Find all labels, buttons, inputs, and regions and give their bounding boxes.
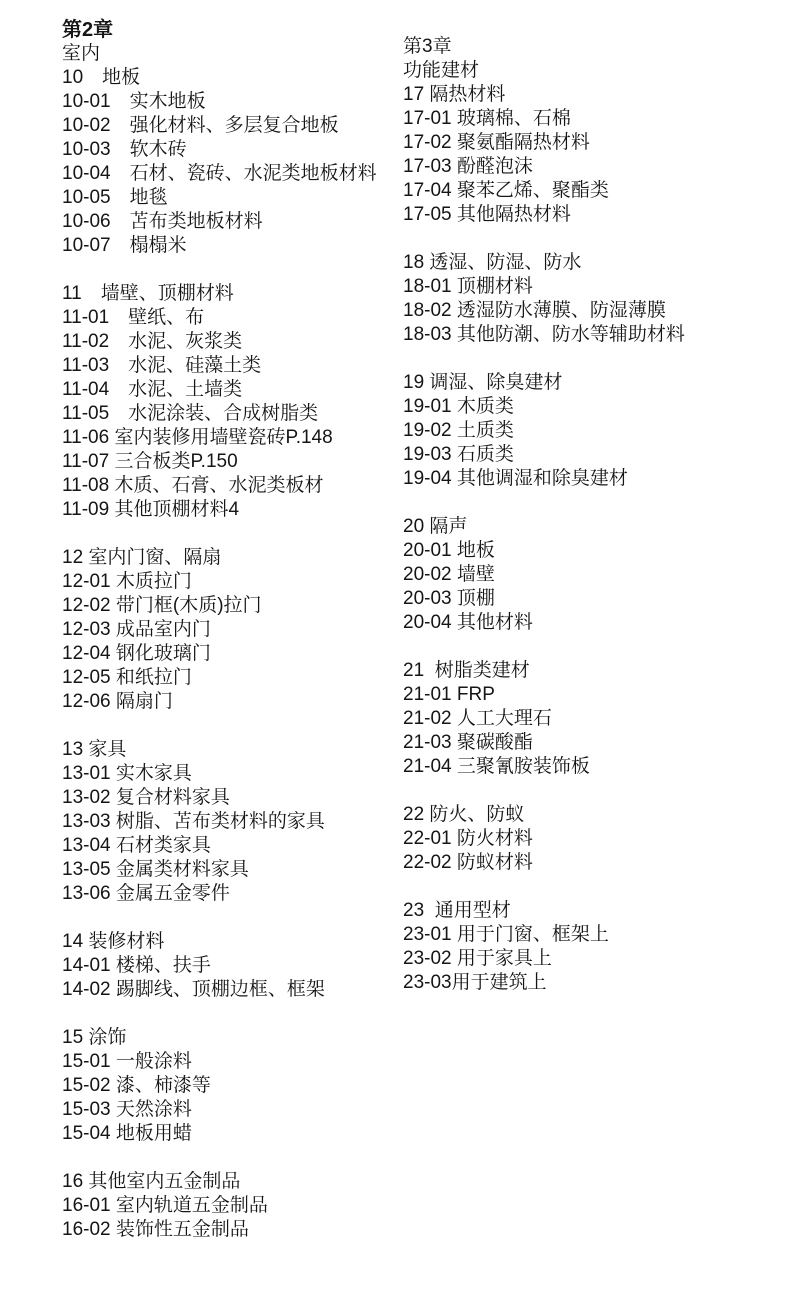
toc-entry-line: 21-03 聚碳酸酯 (403, 731, 685, 755)
toc-entry-line: 10-03 软木砖 (62, 138, 377, 162)
sections-list: 17 隔热材料17-01 玻璃棉、石棉17-02 聚氨酯隔热材料17-03 酚醛… (403, 83, 685, 995)
chapter-title: 第2章 (62, 18, 377, 42)
section-heading-line: 20 隔声 (403, 515, 685, 539)
toc-entry-line: 19-04 其他调湿和除臭建材 (403, 467, 685, 491)
toc-entry-line: 15-04 地板用蜡 (62, 1122, 377, 1146)
toc-entry-line: 12-04 钢化玻璃门 (62, 642, 377, 666)
section-heading-line: 22 防火、防蚁 (403, 803, 685, 827)
toc-entry-line: 20-02 墙壁 (403, 563, 685, 587)
section-19: 19 调湿、除臭建材19-01 木质类19-02 土质类19-03 石质类19-… (403, 371, 685, 491)
chapter-title: 第3章 (403, 35, 685, 59)
toc-entry-line: 21-01 FRP (403, 683, 685, 707)
section-heading-line: 16 其他室内五金制品 (62, 1170, 377, 1194)
section-23: 23 通用型材23-01 用于门窗、框架上23-02 用于家具上23-03用于建… (403, 899, 685, 995)
section-heading-line: 19 调湿、除臭建材 (403, 371, 685, 395)
toc-entry-line: 13-06 金属五金零件 (62, 882, 377, 906)
section-heading-line: 17 隔热材料 (403, 83, 685, 107)
toc-entry-line: 10-02 强化材料、多层复合地板 (62, 114, 377, 138)
toc-entry-line: 17-01 玻璃棉、石棉 (403, 107, 685, 131)
toc-entry-line: 11-01 壁纸、布 (62, 306, 377, 330)
toc-entry-line: 19-01 木质类 (403, 395, 685, 419)
toc-entry-line: 22-01 防火材料 (403, 827, 685, 851)
toc-entry-line: 19-02 土质类 (403, 419, 685, 443)
toc-entry-line: 11-05 水泥涂装、合成树脂类 (62, 402, 377, 426)
toc-entry-line: 16-01 室内轨道五金制品 (62, 1194, 377, 1218)
toc-entry-line: 15-01 一般涂料 (62, 1050, 377, 1074)
section-14: 14 装修材料14-01 楼梯、扶手14-02 踢脚线、顶棚边框、框架 (62, 930, 377, 1002)
toc-entry-line: 21-02 人工大理石 (403, 707, 685, 731)
toc-entry-line: 15-02 漆、柿漆等 (62, 1074, 377, 1098)
section-heading-line: 11 墙壁、顶棚材料 (62, 282, 377, 306)
section-heading-line: 23 通用型材 (403, 899, 685, 923)
toc-entry-line: 20-03 顶棚 (403, 587, 685, 611)
toc-entry-line: 10-07 榻榻米 (62, 234, 377, 258)
toc-entry-line: 12-05 和纸拉门 (62, 666, 377, 690)
toc-entry-line: 13-02 复合材料家具 (62, 786, 377, 810)
toc-entry-line: 23-02 用于家具上 (403, 947, 685, 971)
toc-entry-line: 11-08 木质、石膏、水泥类板材 (62, 474, 377, 498)
toc-entry-line: 13-01 实木家具 (62, 762, 377, 786)
chapter-subtitle: 功能建材 (403, 59, 685, 83)
toc-entry-line: 13-05 金属类材料家具 (62, 858, 377, 882)
toc-entry-line: 12-06 隔扇门 (62, 690, 377, 714)
toc-entry-line: 20-04 其他材料 (403, 611, 685, 635)
section-22: 22 防火、防蚁22-01 防火材料22-02 防蚁材料 (403, 803, 685, 875)
sections-list: 10 地板10-01 实木地板10-02 强化材料、多层复合地板10-03 软木… (62, 66, 377, 1242)
toc-entry-line: 14-02 踢脚线、顶棚边框、框架 (62, 978, 377, 1002)
toc-entry-line: 13-03 树脂、苫布类材料的家具 (62, 810, 377, 834)
toc-entry-line: 11-04 水泥、土墙类 (62, 378, 377, 402)
toc-entry-line: 20-01 地板 (403, 539, 685, 563)
toc-entry-line: 10-06 苫布类地板材料 (62, 210, 377, 234)
section-11: 11 墙壁、顶棚材料11-01 壁纸、布11-02 水泥、灰浆类11-03 水泥… (62, 282, 377, 522)
toc-entry-line: 11-02 水泥、灰浆类 (62, 330, 377, 354)
toc-entry-line: 16-02 装饰性五金制品 (62, 1218, 377, 1242)
section-15: 15 涂饰15-01 一般涂料15-02 漆、柿漆等15-03 天然涂料15-0… (62, 1026, 377, 1146)
toc-entry-line: 10-01 实木地板 (62, 90, 377, 114)
toc-entry-line: 21-04 三聚氰胺装饰板 (403, 755, 685, 779)
section-heading-line: 15 涂饰 (62, 1026, 377, 1050)
toc-entry-line: 13-04 石材类家具 (62, 834, 377, 858)
toc-entry-line: 17-04 聚苯乙烯、聚酯类 (403, 179, 685, 203)
toc-entry-line: 14-01 楼梯、扶手 (62, 954, 377, 978)
toc-entry-line: 12-02 带门框(木质)拉门 (62, 594, 377, 618)
toc-entry-line: 12-01 木质拉门 (62, 570, 377, 594)
section-16: 16 其他室内五金制品16-01 室内轨道五金制品16-02 装饰性五金制品 (62, 1170, 377, 1242)
section-heading-line: 13 家具 (62, 738, 377, 762)
toc-entry-line: 17-03 酚醛泡沫 (403, 155, 685, 179)
section-13: 13 家具13-01 实木家具13-02 复合材料家具13-03 树脂、苫布类材… (62, 738, 377, 906)
toc-entry-line: 15-03 天然涂料 (62, 1098, 377, 1122)
section-heading-line: 10 地板 (62, 66, 377, 90)
chapter-3-column: 第3章功能建材17 隔热材料17-01 玻璃棉、石棉17-02 聚氨酯隔热材料1… (403, 35, 685, 995)
toc-entry-line: 11-09 其他顶棚材料4 (62, 498, 377, 522)
section-heading-line: 12 室内门窗、隔扇 (62, 546, 377, 570)
section-heading-line: 14 装修材料 (62, 930, 377, 954)
toc-entry-line: 11-06 室内装修用墙壁瓷砖P.148 (62, 426, 377, 450)
section-20: 20 隔声20-01 地板20-02 墙壁20-03 顶棚20-04 其他材料 (403, 515, 685, 635)
chapter-subtitle: 室内 (62, 42, 377, 66)
toc-entry-line: 19-03 石质类 (403, 443, 685, 467)
toc-entry-line: 17-02 聚氨酯隔热材料 (403, 131, 685, 155)
section-heading-line: 21 树脂类建材 (403, 659, 685, 683)
section-10: 10 地板10-01 实木地板10-02 强化材料、多层复合地板10-03 软木… (62, 66, 377, 258)
section-21: 21 树脂类建材21-01 FRP21-02 人工大理石21-03 聚碳酸酯21… (403, 659, 685, 779)
section-18: 18 透湿、防湿、防水18-01 顶棚材料18-02 透湿防水薄膜、防湿薄膜18… (403, 251, 685, 347)
toc-entry-line: 18-03 其他防潮、防水等辅助材料 (403, 323, 685, 347)
toc-entry-line: 12-03 成品室内门 (62, 618, 377, 642)
toc-entry-line: 23-03用于建筑上 (403, 971, 685, 995)
toc-entry-line: 23-01 用于门窗、框架上 (403, 923, 685, 947)
chapter-2-column: 第2章室内10 地板10-01 实木地板10-02 强化材料、多层复合地板10-… (62, 18, 377, 1242)
toc-entry-line: 18-01 顶棚材料 (403, 275, 685, 299)
toc-entry-line: 17-05 其他隔热材料 (403, 203, 685, 227)
toc-entry-line: 10-05 地毯 (62, 186, 377, 210)
toc-entry-line: 22-02 防蚁材料 (403, 851, 685, 875)
section-12: 12 室内门窗、隔扇12-01 木质拉门12-02 带门框(木质)拉门12-03… (62, 546, 377, 714)
toc-entry-line: 11-07 三合板类P.150 (62, 450, 377, 474)
section-heading-line: 18 透湿、防湿、防水 (403, 251, 685, 275)
section-17: 17 隔热材料17-01 玻璃棉、石棉17-02 聚氨酯隔热材料17-03 酚醛… (403, 83, 685, 227)
toc-entry-line: 18-02 透湿防水薄膜、防湿薄膜 (403, 299, 685, 323)
toc-entry-line: 10-04 石材、瓷砖、水泥类地板材料 (62, 162, 377, 186)
toc-entry-line: 11-03 水泥、硅藻土类 (62, 354, 377, 378)
